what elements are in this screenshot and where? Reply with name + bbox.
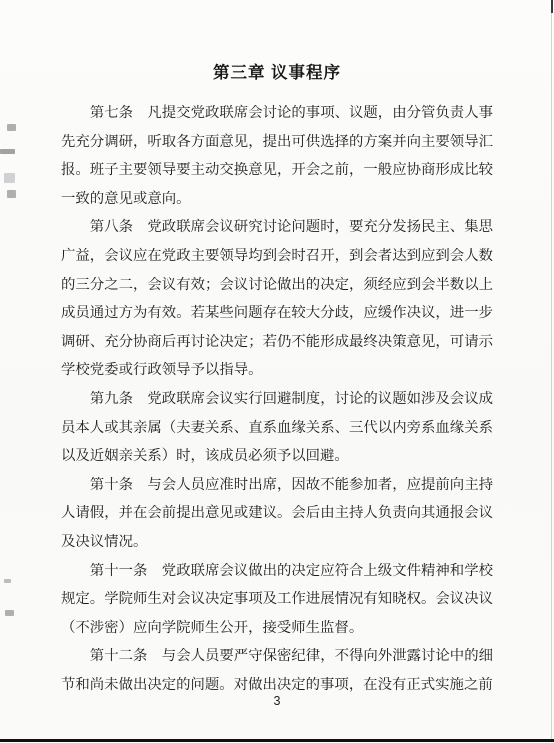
page-number: 3 xyxy=(0,694,554,708)
scanned-page: 第三章 议事程序 第七条 凡提交党政联席会讨论的事项、议题，由分管负责人事先充分… xyxy=(0,0,554,743)
scan-smudge xyxy=(7,190,16,198)
paragraph-article-7: 第七条 凡提交党政联席会讨论的事项、议题，由分管负责人事先充分调研，听取各方面意… xyxy=(61,99,493,213)
paragraph-article-11: 第十一条 党政联席会议做出的决定应符合上级文件精神和学校规定。学院师生对会议决定… xyxy=(61,557,493,643)
chapter-title: 第三章 议事程序 xyxy=(0,62,554,84)
paragraph-article-10: 第十条 与会人员应准时出席，因故不能参加者，应提前向主持人请假，并在会前提出意见… xyxy=(61,471,493,557)
paragraph-article-12: 第十二条 与会人员要严守保密纪律，不得向外泄露讨论中的细节和尚未做出决定的问题。… xyxy=(61,642,493,699)
scan-smudge xyxy=(7,124,16,131)
scan-bottom-bar xyxy=(0,739,554,742)
scan-edge-tick xyxy=(551,0,553,13)
document-body: 第七条 凡提交党政联席会讨论的事项、议题，由分管负责人事先充分调研，听取各方面意… xyxy=(61,99,493,699)
scan-edge-line xyxy=(551,10,552,739)
scan-smudge xyxy=(5,610,14,616)
paragraph-article-8: 第八条 党政联席会议研究讨论问题时，要充分发扬民主、集思广益，会议应在党政主要领… xyxy=(61,213,493,385)
paragraph-article-9: 第九条 党政联席会议实行回避制度，讨论的议题如涉及会议成员本人或其亲属（夫妻关系… xyxy=(61,385,493,471)
scan-smudge xyxy=(0,149,15,154)
scan-smudge xyxy=(4,579,11,583)
scan-smudge xyxy=(4,173,15,183)
